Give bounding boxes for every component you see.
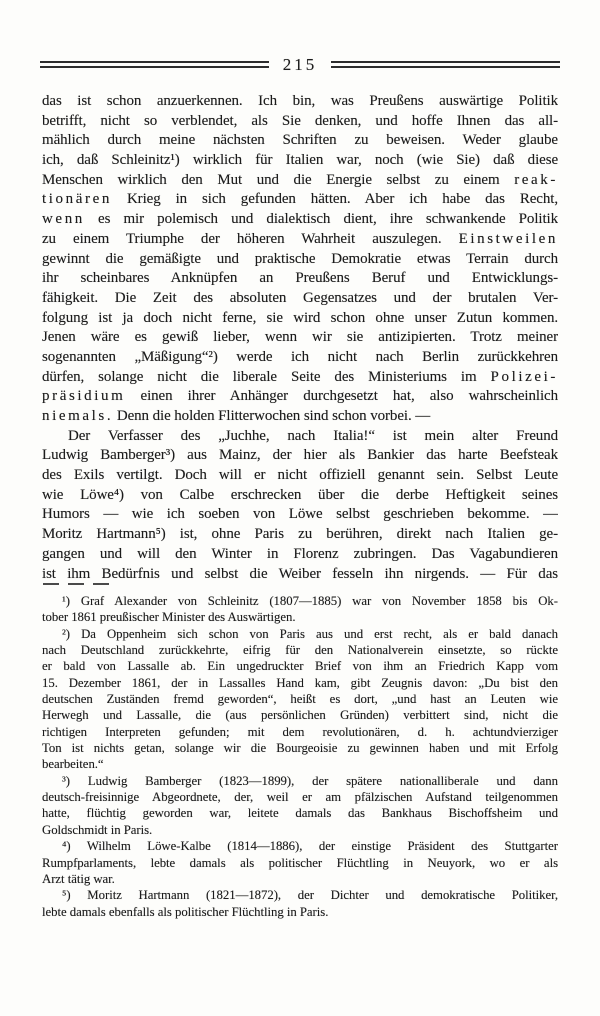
body-line: betrifft, nicht so verblendet, als Sie d… <box>42 112 558 132</box>
footnotes-section: ¹) Graf Alexander von Schleinitz (1807—1… <box>42 593 558 920</box>
body-line: gangen und will den Winter in Florenz zu… <box>42 545 558 565</box>
footnote-line: deutschen Zuständen fremd geworden“, hei… <box>42 691 558 707</box>
body-line: Humors — wie ich soeben von Löwe selbst … <box>42 505 558 525</box>
body-line: Moritz Hartmann⁵) ist, ohne Paris zu ber… <box>42 525 558 545</box>
text-segment: sogenannten „Mäßigung“²) werde ich nicht… <box>42 349 558 365</box>
body-line: wie Löwe⁴) von Calbe erschrecken über di… <box>42 486 558 506</box>
text-segment: Denn die holden Flitterwochen sind schon… <box>113 408 430 424</box>
header-rule-right <box>331 61 560 68</box>
body-line: ihr scheinbares Anknüpfen an Preußens Be… <box>42 269 558 289</box>
letterspaced-emphasis: präsidium <box>42 388 125 404</box>
page-header: 215 <box>40 54 560 74</box>
body-line: Ludwig Bamberger³) aus Mainz, der hier a… <box>42 446 558 466</box>
body-line: Menschen wirklich den Mut und die Energi… <box>42 171 558 191</box>
text-segment: betrifft, nicht so verblendet, als Sie d… <box>42 113 558 129</box>
body-line: mählich durch meine nächsten Schriften z… <box>42 131 558 151</box>
text-segment: wie Löwe⁴) von Calbe erschrecken über di… <box>42 487 558 503</box>
body-line: dürfen, solange nicht die liberale Seite… <box>42 368 558 388</box>
footnote-separator <box>43 583 115 585</box>
body-line: sogenannten „Mäßigung“²) werde ich nicht… <box>42 348 558 368</box>
text-segment: zu einem Triumphe der höheren Wahrheit a… <box>42 231 459 247</box>
body-line: Jenen wäre es gewiß lieber, wenn wir sie… <box>42 328 558 348</box>
footnote-line: nach Deutschland zurückkehrte, eifrig fü… <box>42 642 558 658</box>
body-line: folgung ist ja doch nicht ferne, sie wir… <box>42 309 558 329</box>
body-line: Der Verfasser des „Juchhe, nach Italia!“… <box>42 427 558 447</box>
footnote-line: richtigen Interpreten gefunden; mit dem … <box>42 724 558 740</box>
text-segment: Krieg in sich gefunden hätten. Aber ich … <box>112 191 558 207</box>
footnote-line: hatte, flüchtig geworden war, leitete da… <box>42 805 558 821</box>
footnote-line: Arzt tätig war. <box>42 871 558 887</box>
footnote-line: tober 1861 preußischer Minister des Ausw… <box>42 609 558 625</box>
body-line: gewinnt die gemäßigte und praktische Dem… <box>42 250 558 270</box>
body-line: niemals. Denn die holden Flitterwochen s… <box>42 407 558 427</box>
footnote-line: lebte damals ebenfalls als politischer F… <box>42 904 558 920</box>
body-line: ich, daß Schleinitz¹) wirklich für Itali… <box>42 151 558 171</box>
body-line: präsidium einen ihrer Anhänger durchgese… <box>42 387 558 407</box>
footnote-line: ⁵) Moritz Hartmann (1821—1872), der Dich… <box>42 887 558 903</box>
body-line: zu einem Triumphe der höheren Wahrheit a… <box>42 230 558 250</box>
text-segment: mählich durch meine nächsten Schriften z… <box>42 132 558 148</box>
letterspaced-emphasis: niemals. <box>42 408 113 424</box>
text-segment: Der Verfasser des „Juchhe, nach Italia!“… <box>68 428 558 444</box>
footnote-line: ⁴) Wilhelm Löwe-Kalbe (1814—1886), der e… <box>42 838 558 854</box>
text-segment: fähigkeit. Die Zeit des absoluten Gegens… <box>42 290 558 306</box>
text-segment: Menschen wirklich den Mut und die Energi… <box>42 172 514 188</box>
body-text: das ist schon anzuerkennen. Ich bin, was… <box>42 92 558 584</box>
footnote-line: er bald von Lassalle ab. Ein ungedruckte… <box>42 658 558 674</box>
footnote-line: ²) Da Oppenheim sich schon von Paris aus… <box>42 626 558 642</box>
text-segment: Jenen wäre es gewiß lieber, wenn wir sie… <box>42 329 558 345</box>
text-segment: ist ihm Bedürfnis und selbst die Weiber … <box>42 566 558 582</box>
letterspaced-emphasis: tionären <box>42 191 112 207</box>
footnote-line: bearbeiten.“ <box>42 756 558 772</box>
footnote-line: deutsch-freisinnige Abgeordnete, der, we… <box>42 789 558 805</box>
footnote-line: Goldschmidt in Paris. <box>42 822 558 838</box>
text-segment: folgung ist ja doch nicht ferne, sie wir… <box>42 310 558 326</box>
body-line: wenn es mir polemisch und dialektisch di… <box>42 210 558 230</box>
footnote-line: ³) Ludwig Bamberger (1823—1899), der spä… <box>42 773 558 789</box>
letterspaced-emphasis: Einstweilen <box>459 231 558 247</box>
page-number: 215 <box>280 55 321 75</box>
text-segment: gewinnt die gemäßigte und praktische Dem… <box>42 251 558 267</box>
text-segment: das ist schon anzuerkennen. Ich bin, was… <box>42 93 558 109</box>
text-segment: Moritz Hartmann⁵) ist, ohne Paris zu ber… <box>42 526 558 542</box>
text-segment: ich, daß Schleinitz¹) wirklich für Itali… <box>42 152 558 168</box>
book-page: 215 das ist schon anzuerkennen. Ich bin,… <box>0 0 600 1016</box>
text-segment: Humors — wie ich soeben von Löwe selbst … <box>42 506 558 522</box>
body-line: tionären Krieg in sich gefunden hätten. … <box>42 190 558 210</box>
footnote-line: Rumpfparlaments, lebte damals als politi… <box>42 855 558 871</box>
footnote-line: ¹) Graf Alexander von Schleinitz (1807—1… <box>42 593 558 609</box>
text-segment: gangen und will den Winter in Florenz zu… <box>42 546 558 562</box>
body-line: das ist schon anzuerkennen. Ich bin, was… <box>42 92 558 112</box>
footnote-line: Ton ist nichts getan, solange wir die Bo… <box>42 740 558 756</box>
text-segment: einen ihrer Anhänger durchgesetzt hat, a… <box>125 388 558 404</box>
body-line: ist ihm Bedürfnis und selbst die Weiber … <box>42 565 558 585</box>
header-rule-left <box>40 61 269 68</box>
footnote-line: 15. Dezember 1861, der in Lassalles Hand… <box>42 675 558 691</box>
text-segment: ihr scheinbares Anknüpfen an Preußens Be… <box>42 270 558 286</box>
letterspaced-emphasis: Polizei- <box>491 369 558 385</box>
text-segment: des Exils vertilgt. Doch will er nicht o… <box>42 467 558 483</box>
text-segment: es mir polemisch und dialektisch dient, … <box>85 211 558 227</box>
text-segment: Ludwig Bamberger³) aus Mainz, der hier a… <box>42 447 558 463</box>
footnote-line: Herwegh und Lassalle, die (aus persönlic… <box>42 707 558 723</box>
letterspaced-emphasis: wenn <box>42 211 85 227</box>
body-line: des Exils vertilgt. Doch will er nicht o… <box>42 466 558 486</box>
letterspaced-emphasis: reak- <box>514 172 558 188</box>
text-segment: dürfen, solange nicht die liberale Seite… <box>42 369 491 385</box>
body-line: fähigkeit. Die Zeit des absoluten Gegens… <box>42 289 558 309</box>
